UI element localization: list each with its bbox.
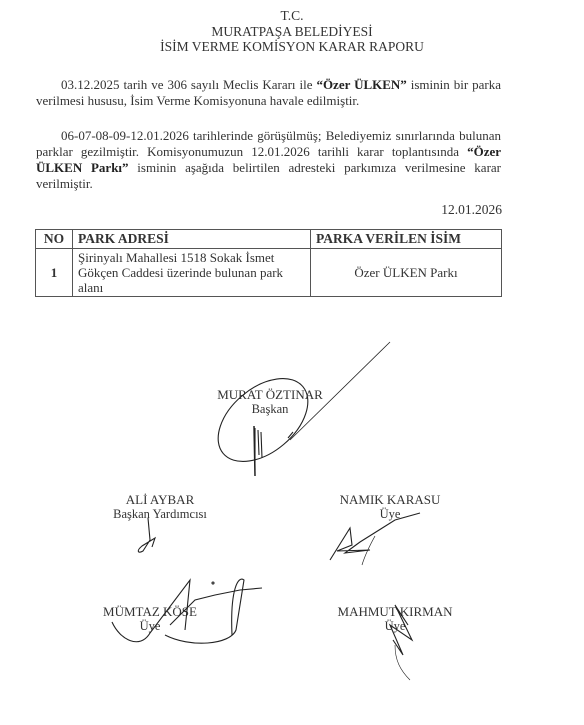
header-tc: T.C.	[0, 8, 584, 24]
signatory-name: MURAT ÖZTINAR	[205, 387, 335, 402]
signatory-title: Üye	[325, 507, 455, 522]
signatory-member-1: NAMIK KARASU Üye	[325, 492, 455, 522]
cell-address: Şirinyalı Mahallesi 1518 Sokak İsmet Gök…	[73, 249, 311, 297]
document-header: T.C. MURATPAŞA BELEDİYESİ İSİM VERME KOM…	[0, 8, 584, 55]
paragraph-decision: 06-07-08-09-12.01.2026 tarihlerinde görü…	[36, 128, 501, 192]
signatory-name: MÜMTAZ KÖSE	[85, 604, 215, 619]
signatory-vice-chair: ALİ AYBAR Başkan Yardımcısı	[85, 492, 235, 522]
park-naming-table: NO PARK ADRESİ PARKA VERİLEN İSİM 1 Şiri…	[35, 229, 502, 297]
signatory-name: ALİ AYBAR	[85, 492, 235, 507]
honoree-name: “Özer ÜLKEN”	[316, 77, 406, 92]
header-report-title: İSİM VERME KOMİSYON KARAR RAPORU	[0, 39, 584, 55]
signatory-title: Başkan	[205, 402, 335, 417]
signatory-title: Üye	[320, 619, 470, 634]
signatory-member-3: MAHMUT KIRMAN Üye	[320, 604, 470, 634]
cell-park-name: Özer ÜLKEN Parkı	[311, 249, 502, 297]
cell-no: 1	[36, 249, 73, 297]
table-row: 1 Şirinyalı Mahallesi 1518 Sokak İsmet G…	[36, 249, 502, 297]
column-header-name: PARKA VERİLEN İSİM	[311, 230, 502, 249]
report-date: 12.01.2026	[441, 202, 502, 218]
paragraph-text: 03.12.2025 tarih ve 306 sayılı Meclis Ka…	[61, 77, 316, 92]
signatory-title: Üye	[85, 619, 215, 634]
column-header-no: NO	[36, 230, 73, 249]
signatory-name: MAHMUT KIRMAN	[320, 604, 470, 619]
paragraph-referral: 03.12.2025 tarih ve 306 sayılı Meclis Ka…	[36, 77, 501, 109]
header-municipality: MURATPAŞA BELEDİYESİ	[0, 24, 584, 40]
paragraph-text: 06-07-08-09-12.01.2026 tarihlerinde görü…	[36, 128, 501, 159]
signatory-title: Başkan Yardımcısı	[85, 507, 235, 522]
column-header-address: PARK ADRESİ	[73, 230, 311, 249]
signatory-name: NAMIK KARASU	[325, 492, 455, 507]
signature-vice-chair-icon	[138, 518, 155, 552]
table-header-row: NO PARK ADRESİ PARKA VERİLEN İSİM	[36, 230, 502, 249]
signatory-member-2: MÜMTAZ KÖSE Üye	[85, 604, 215, 634]
signatory-chair: MURAT ÖZTINAR Başkan	[205, 387, 335, 417]
